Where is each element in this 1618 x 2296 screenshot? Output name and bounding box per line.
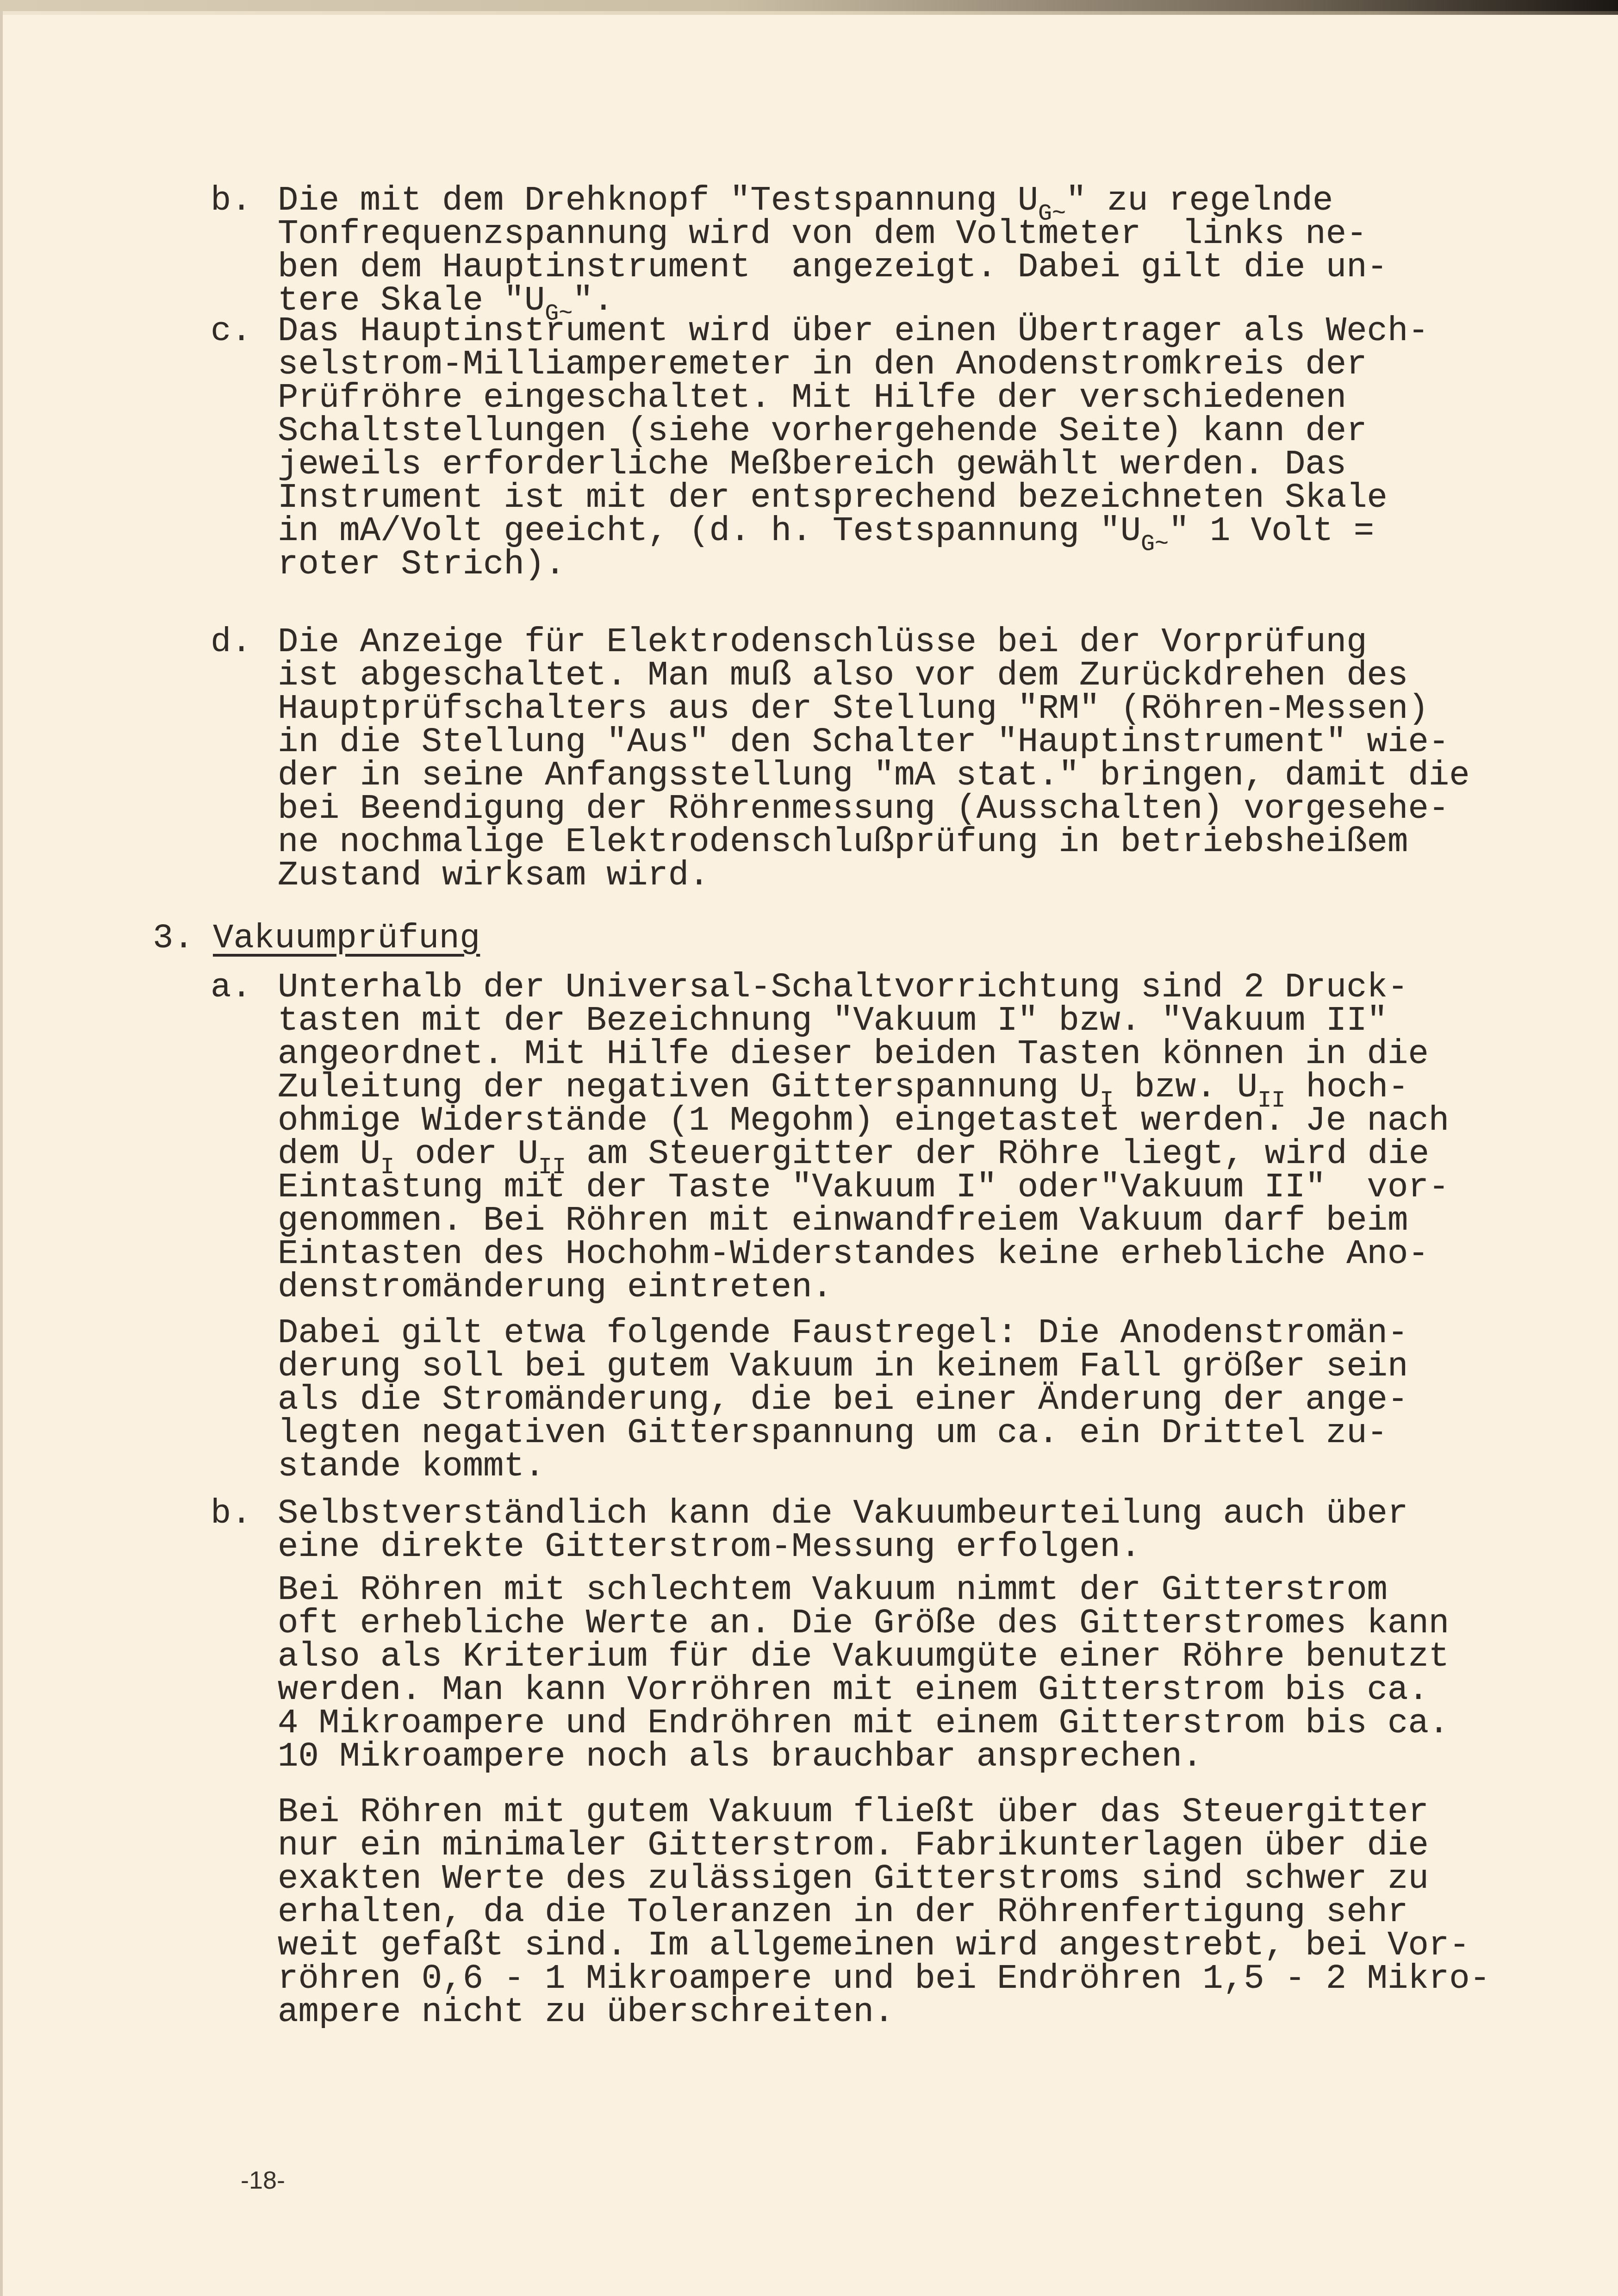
text-line: Die mit dem Drehknopf "Testspannung UG~"… bbox=[278, 184, 1333, 218]
item-label: c. bbox=[211, 315, 252, 348]
text-line: röhren 0,6 - 1 Mikroampere und bei Endrö… bbox=[278, 1962, 1490, 1996]
text-line: Bei Röhren mit gutem Vakuum fließt über … bbox=[278, 1796, 1429, 1829]
text-line: weit gefaßt sind. Im allgemeinen wird an… bbox=[278, 1929, 1470, 1962]
text-line: dem UI oder UII am Steuergitter der Röhr… bbox=[278, 1138, 1429, 1171]
text-line: Hauptprüfschalters aus der Stellung "RM"… bbox=[278, 692, 1429, 726]
text-line: exakten Werte des zulässigen Gitterstrom… bbox=[278, 1862, 1429, 1896]
text-line: angeordnet. Mit Hilfe dieser beiden Tast… bbox=[278, 1038, 1429, 1071]
text-line: Eintastung mit der Taste "Vakuum I" oder… bbox=[278, 1171, 1449, 1204]
text-line: Zustand wirksam wird. bbox=[278, 859, 709, 892]
text-line: roter Strich). bbox=[278, 548, 566, 581]
text-line: bei Beendigung der Röhrenmessung (Aussch… bbox=[278, 792, 1449, 826]
text-line: derung soll bei gutem Vakuum in keinem F… bbox=[278, 1350, 1408, 1383]
section-number: 3. bbox=[153, 922, 194, 955]
text-line: der in seine Anfangsstellung "mA stat." … bbox=[278, 759, 1470, 792]
text-line: in mA/Volt geeicht, (d. h. Testspannung … bbox=[278, 515, 1374, 548]
text-line: Unterhalb der Universal-Schaltvorrichtun… bbox=[278, 971, 1408, 1004]
text-line: also als Kriterium für die Vakuumgüte ei… bbox=[278, 1640, 1449, 1674]
text-line: tasten mit der Bezeichnung "Vakuum I" bz… bbox=[278, 1004, 1388, 1038]
text-line: Tonfrequenzspannung wird von dem Voltmet… bbox=[278, 218, 1367, 251]
text-line: Prüfröhre eingeschaltet. Mit Hilfe der v… bbox=[278, 381, 1346, 415]
text-line: stande kommt. bbox=[278, 1450, 545, 1483]
text-line: ampere nicht zu überschreiten. bbox=[278, 1996, 894, 2029]
text-line: ist abgeschaltet. Man muß also vor dem Z… bbox=[278, 659, 1408, 692]
item-label: b. bbox=[211, 184, 252, 218]
section-heading: Vakuumprüfung bbox=[213, 922, 480, 955]
text-line: Selbstverständlich kann die Vakuumbeurte… bbox=[278, 1497, 1408, 1531]
text-line: 4 Mikroampere und Endröhren mit einem Gi… bbox=[278, 1707, 1449, 1740]
text-line: jeweils erforderliche Meßbereich gewählt… bbox=[278, 448, 1346, 481]
text-line: eine direkte Gitterstrom-Messung erfolge… bbox=[278, 1531, 1141, 1564]
subscript: G~ bbox=[1141, 531, 1169, 558]
text-line: Bei Röhren mit schlechtem Vakuum nimmt d… bbox=[278, 1574, 1388, 1607]
text-line: selstrom-Milliamperemeter in den Anodens… bbox=[278, 348, 1367, 381]
document-page: 3. Vakuumprüfung -18- b.Die mit dem Dreh… bbox=[0, 0, 1618, 2296]
item-label: b. bbox=[211, 1497, 252, 1531]
text-line: nur ein minimaler Gitterstrom. Fabrikunt… bbox=[278, 1829, 1429, 1862]
text-line: ben dem Hauptinstrument angezeigt. Dabei… bbox=[278, 251, 1388, 284]
text-line: werden. Man kann Vorröhren mit einem Git… bbox=[278, 1674, 1429, 1707]
text-line: Zuleitung der negativen Gitterspannung U… bbox=[278, 1071, 1409, 1104]
text-line: als die Stromänderung, die bei einer Änd… bbox=[278, 1383, 1408, 1417]
text-line: ohmige Widerstände (1 Megohm) eingetaste… bbox=[278, 1104, 1449, 1138]
text-line: 10 Mikroampere noch als brauchbar anspre… bbox=[278, 1740, 1202, 1773]
text-line: Schaltstellungen (siehe vorhergehende Se… bbox=[278, 415, 1367, 448]
text-line: oft erhebliche Werte an. Die Größe des G… bbox=[278, 1607, 1449, 1640]
page-number: -18- bbox=[241, 2166, 285, 2195]
text-line: erhalten, da die Toleranzen in der Röhre… bbox=[278, 1896, 1408, 1929]
item-label: a. bbox=[211, 971, 252, 1004]
text-line: Instrument ist mit der entsprechend beze… bbox=[278, 481, 1388, 515]
text-line: Die Anzeige für Elektrodenschlüsse bei d… bbox=[278, 626, 1367, 659]
text-line: in die Stellung "Aus" den Schalter "Haup… bbox=[278, 726, 1449, 759]
text-line: Eintasten des Hochohm-Widerstandes keine… bbox=[278, 1238, 1429, 1271]
item-label: d. bbox=[211, 626, 252, 659]
text-line: ne nochmalige Elektrodenschlußprüfung in… bbox=[278, 826, 1408, 859]
text-line: legten negativen Gitterspannung um ca. e… bbox=[278, 1417, 1388, 1450]
text-line: genommen. Bei Röhren mit einwandfreiem V… bbox=[278, 1204, 1408, 1238]
text-line: Das Hauptinstrument wird über einen Über… bbox=[278, 315, 1429, 348]
text-line: denstromänderung eintreten. bbox=[278, 1271, 833, 1304]
text-line: Dabei gilt etwa folgende Faustregel: Die… bbox=[278, 1317, 1408, 1350]
